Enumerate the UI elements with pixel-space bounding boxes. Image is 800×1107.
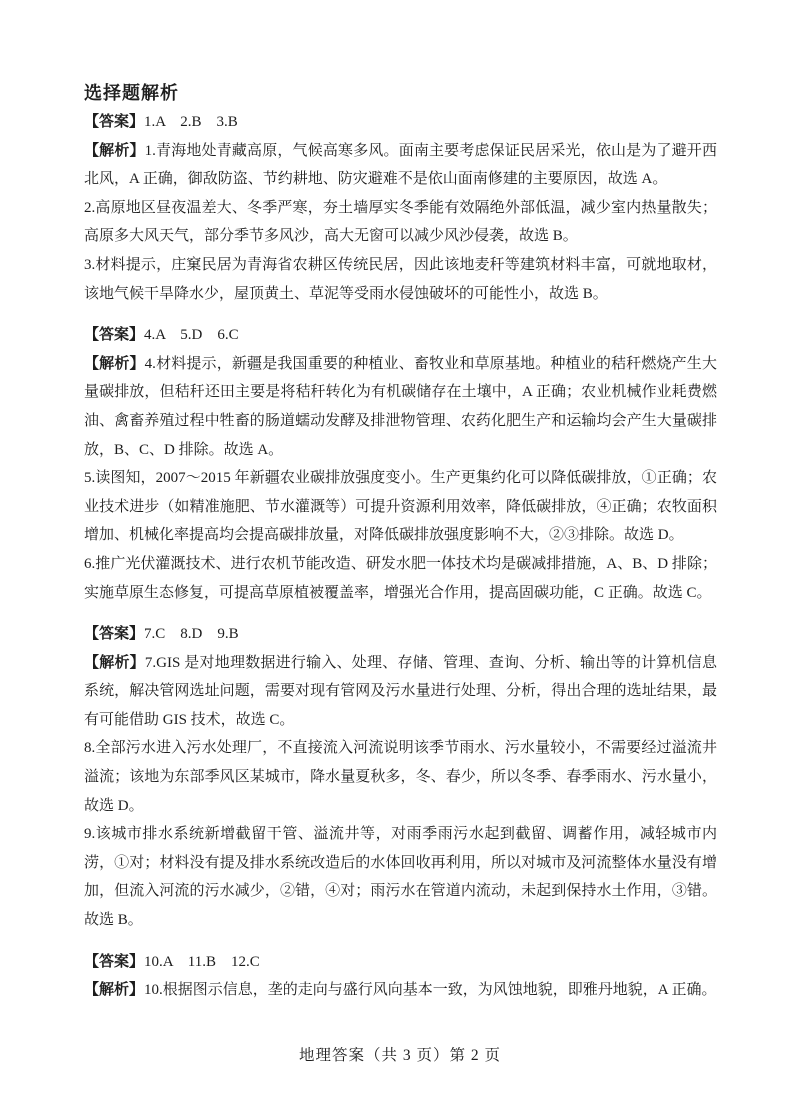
explanation-paragraph: 9.该城市排水系统新增截留干管、溢流井等，对雨季雨污水起到截留、调蓄作用，减轻城… [84,820,717,934]
document-content: 选择题解析 【答案】1.A 2.B 3.B 【解析】1.青海地处青藏高原，气候高… [84,78,717,1005]
answer-tag: 【答案】 [84,114,144,130]
answer-tag: 【答案】 [84,954,144,970]
explanation-paragraph: 8.全部污水进入污水处理厂，不直接流入河流说明该季节雨水、污水量较小，不需要经过… [84,734,717,820]
explanation-text: 10.根据图示信息，垄的走向与盛行风向基本一致，为风蚀地貌，即雅丹地貌，A 正确… [144,982,717,998]
question-section-10-12: 【答案】10.A 11.B 12.C 【解析】10.根据图示信息，垄的走向与盛行… [84,948,717,1005]
explanation-paragraph: 6.推广光伏灌溉技术、进行农机节能改造、研发水肥一体技术均是碳减排措施，A、B、… [84,550,717,607]
explanation-tag: 【解析】 [84,143,145,159]
document-page: 选择题解析 【答案】1.A 2.B 3.B 【解析】1.青海地处青藏高原，气候高… [0,0,800,1107]
question-section-7-9: 【答案】7.C 8.D 9.B 【解析】7.GIS 是对地理数据进行输入、处理、… [84,620,717,935]
explanation-text: 3.材料提示，庄窠民居为青海省农耕区传统民居，因此该地麦秆等建筑材料丰富，可就地… [84,257,717,302]
answer-tag: 【答案】 [84,626,144,642]
explanation-paragraph: 3.材料提示，庄窠民居为青海省农耕区传统民居，因此该地麦秆等建筑材料丰富，可就地… [84,251,717,308]
explanation-text: 2.高原地区昼夜温差大、冬季严寒，夯土墙厚实冬季能有效隔绝外部低温，减少室内热量… [84,200,717,245]
page-footer: 地理答案（共 3 页）第 2 页 [0,1042,800,1070]
explanation-paragraph: 【解析】1.青海地处青藏高原，气候高寒多风。面南主要考虑保证民居采光，依山是为了… [84,137,717,194]
explanation-tag: 【解析】 [84,655,145,671]
answer-line: 【答案】1.A 2.B 3.B [84,108,717,137]
answer-line: 【答案】4.A 5.D 6.C [84,321,717,350]
explanation-text: 9.该城市排水系统新增截留干管、溢流井等，对雨季雨污水起到截留、调蓄作用，减轻城… [84,826,717,928]
answer-values: 4.A 5.D 6.C [144,327,239,343]
answer-line: 【答案】7.C 8.D 9.B [84,620,717,649]
explanation-text: 8.全部污水进入污水处理厂，不直接流入河流说明该季节雨水、污水量较小，不需要经过… [84,740,717,813]
answer-tag: 【答案】 [84,327,144,343]
explanation-text: 5.读图知，2007～2015 年新疆农业碳排放强度变小。生产更集约化可以降低碳… [84,470,717,543]
explanation-paragraph: 【解析】10.根据图示信息，垄的走向与盛行风向基本一致，为风蚀地貌，即雅丹地貌，… [84,976,717,1005]
explanation-tag: 【解析】 [84,982,144,998]
explanation-paragraph: 【解析】7.GIS 是对地理数据进行输入、处理、存储、管理、查询、分析、输出等的… [84,649,717,735]
answer-values: 1.A 2.B 3.B [144,114,238,130]
explanation-text: 7.GIS 是对地理数据进行输入、处理、存储、管理、查询、分析、输出等的计算机信… [84,655,717,728]
page-title: 选择题解析 [84,78,717,108]
answer-values: 7.C 8.D 9.B [144,626,239,642]
explanation-text: 4.材料提示，新疆是我国重要的种植业、畜牧业和草原基地。种植业的秸秆燃烧产生大量… [84,356,717,458]
question-section-4-6: 【答案】4.A 5.D 6.C 【解析】4.材料提示，新疆是我国重要的种植业、畜… [84,321,717,607]
explanation-paragraph: 【解析】4.材料提示，新疆是我国重要的种植业、畜牧业和草原基地。种植业的秸秆燃烧… [84,350,717,464]
explanation-tag: 【解析】 [84,356,145,372]
explanation-text: 6.推广光伏灌溉技术、进行农机节能改造、研发水肥一体技术均是碳减排措施，A、B、… [84,556,717,601]
explanation-text: 1.青海地处青藏高原，气候高寒多风。面南主要考虑保证民居采光，依山是为了避开西北… [84,143,717,188]
explanation-paragraph: 2.高原地区昼夜温差大、冬季严寒，夯土墙厚实冬季能有效隔绝外部低温，减少室内热量… [84,194,717,251]
answer-line: 【答案】10.A 11.B 12.C [84,948,717,977]
question-section-1-3: 【答案】1.A 2.B 3.B 【解析】1.青海地处青藏高原，气候高寒多风。面南… [84,108,717,308]
answer-values: 10.A 11.B 12.C [144,954,260,970]
explanation-paragraph: 5.读图知，2007～2015 年新疆农业碳排放强度变小。生产更集约化可以降低碳… [84,464,717,550]
